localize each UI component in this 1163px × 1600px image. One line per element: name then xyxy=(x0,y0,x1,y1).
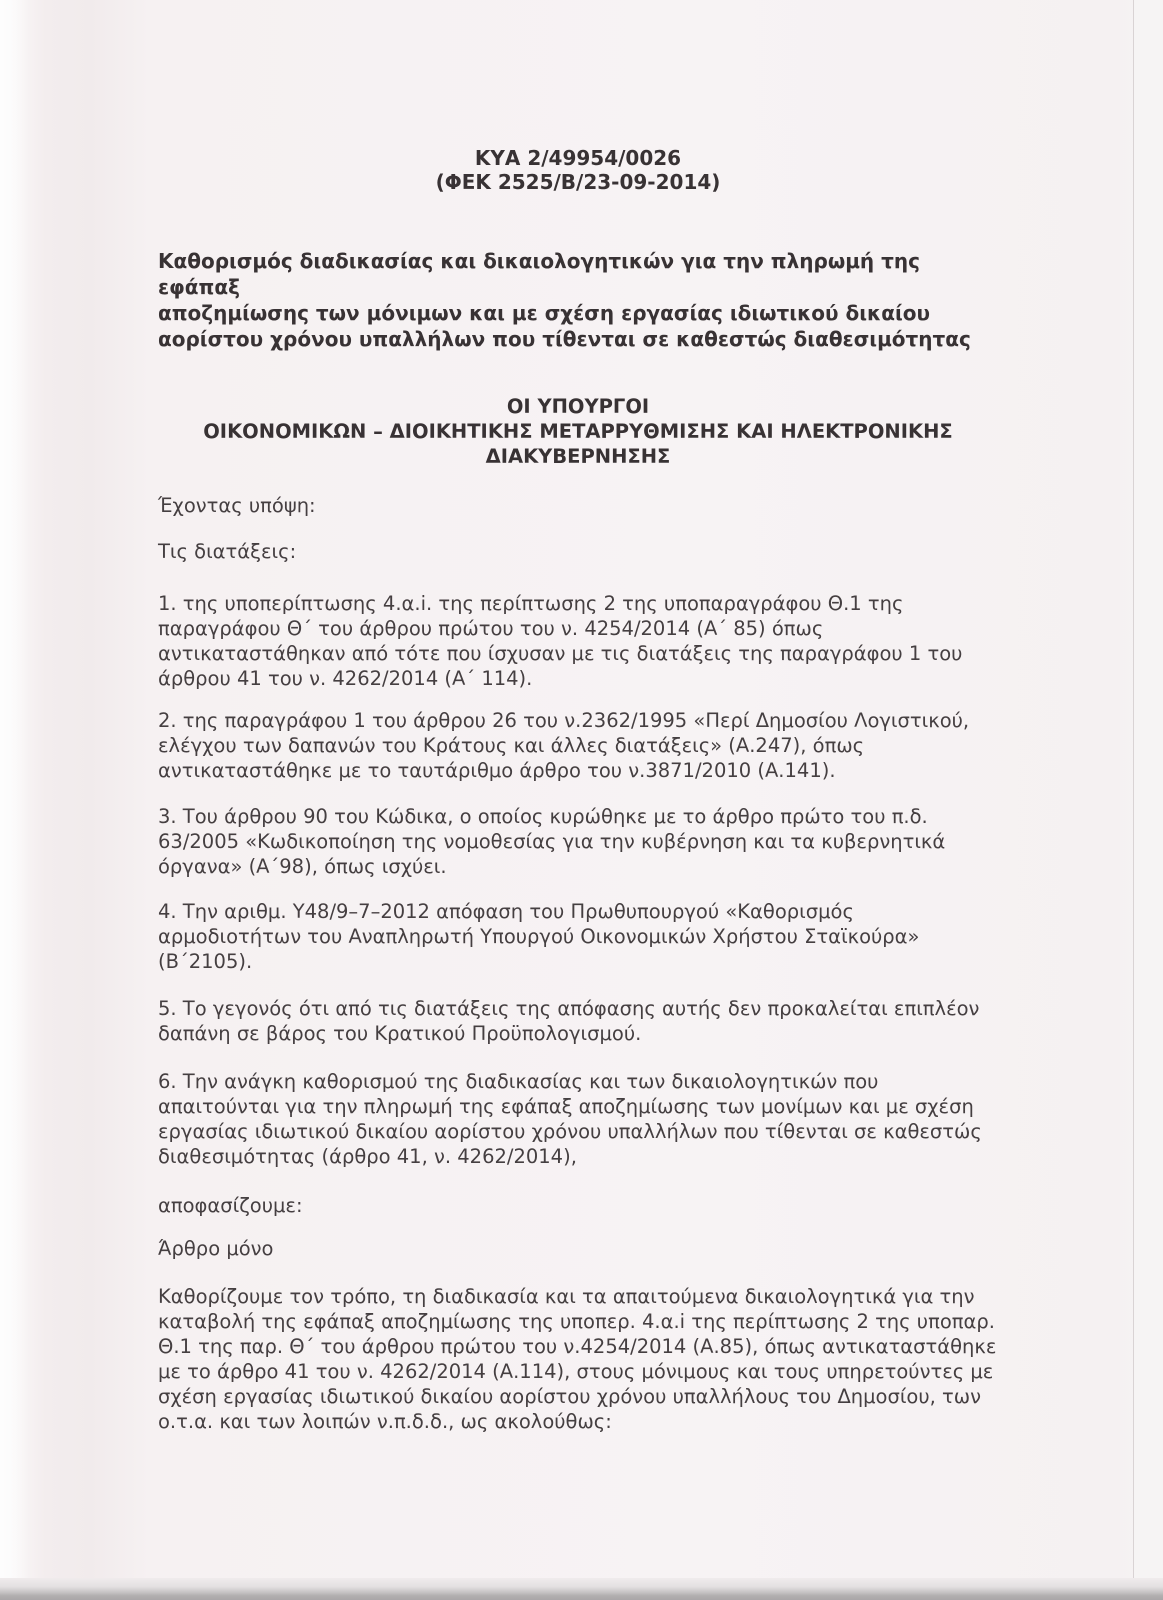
paper-edge-left xyxy=(0,0,28,1600)
consideration-item-1: 1. της υποπερίπτωσης 4.α.i. της περίπτωσ… xyxy=(158,591,998,691)
issuers-ministries-cont: ΔΙΑΚΥΒΕΡΝΗΣΗΣ xyxy=(158,444,998,469)
consideration-item-5: 5. Το γεγονός ότι από τις διατάξεις της … xyxy=(158,996,998,1046)
consideration-item-2: 2. της παραγράφου 1 του άρθρου 26 του ν.… xyxy=(158,708,998,783)
doc-subject: Καθορισμός διαδικασίας και δικαιολογητικ… xyxy=(158,248,998,352)
doc-subject-line: αποζημίωσης των μόνιμων και με σχέση εργ… xyxy=(158,300,998,326)
doc-subject-line: Καθορισμός διαδικασίας και δικαιολογητικ… xyxy=(158,248,998,300)
issuers-heading: ΟΙ ΥΠΟΥΡΓΟΙ ΟΙΚΟΝΟΜΙΚΩΝ – ΔΙΟΙΚΗΤΙΚΗΣ ΜΕ… xyxy=(158,394,998,469)
decide-line: αποφασίζουμε: xyxy=(158,1193,998,1218)
consideration-item-6: 6. Την ανάγκη καθορισμού της διαδικασίας… xyxy=(158,1069,998,1169)
issuers-ministries: ΟΙΚΟΝΟΜΙΚΩΝ – ΔΙΟΙΚΗΤΙΚΗΣ ΜΕΤΑΡΡΥΘΜΙΣΗΣ … xyxy=(158,419,998,444)
having-regard-line: Έχοντας υπόψη: xyxy=(158,493,998,518)
paper-edge-right xyxy=(1133,0,1134,1580)
scanned-page: ΚΥΑ 2/49954/0026 (ΦΕΚ 2525/Β/23-09-2014)… xyxy=(0,0,1163,1600)
provisions-intro-line: Τις διατάξεις: xyxy=(158,539,998,564)
doc-header: ΚΥΑ 2/49954/0026 (ΦΕΚ 2525/Β/23-09-2014) xyxy=(158,146,998,194)
doc-fek-reference: (ΦΕΚ 2525/Β/23-09-2014) xyxy=(158,170,998,194)
article-heading: Άρθρο μόνο xyxy=(158,1236,998,1261)
paper-margin-right xyxy=(1134,0,1163,1580)
doc-number: ΚΥΑ 2/49954/0026 xyxy=(158,146,998,170)
issuers-title: ΟΙ ΥΠΟΥΡΓΟΙ xyxy=(158,394,998,419)
doc-subject-line: αορίστου χρόνου υπαλλήλων που τίθενται σ… xyxy=(158,326,998,352)
scan-shadow-bottom xyxy=(0,1578,1163,1600)
consideration-item-3: 3. Του άρθρου 90 του Κώδικα, ο οποίος κυ… xyxy=(158,804,998,879)
consideration-item-4: 4. Την αριθμ. Υ48/9–7–2012 απόφαση του Π… xyxy=(158,899,998,974)
document-content: ΚΥΑ 2/49954/0026 (ΦΕΚ 2525/Β/23-09-2014)… xyxy=(158,0,998,1434)
article-body: Καθορίζουμε τον τρόπο, τη διαδικασία και… xyxy=(158,1284,998,1434)
